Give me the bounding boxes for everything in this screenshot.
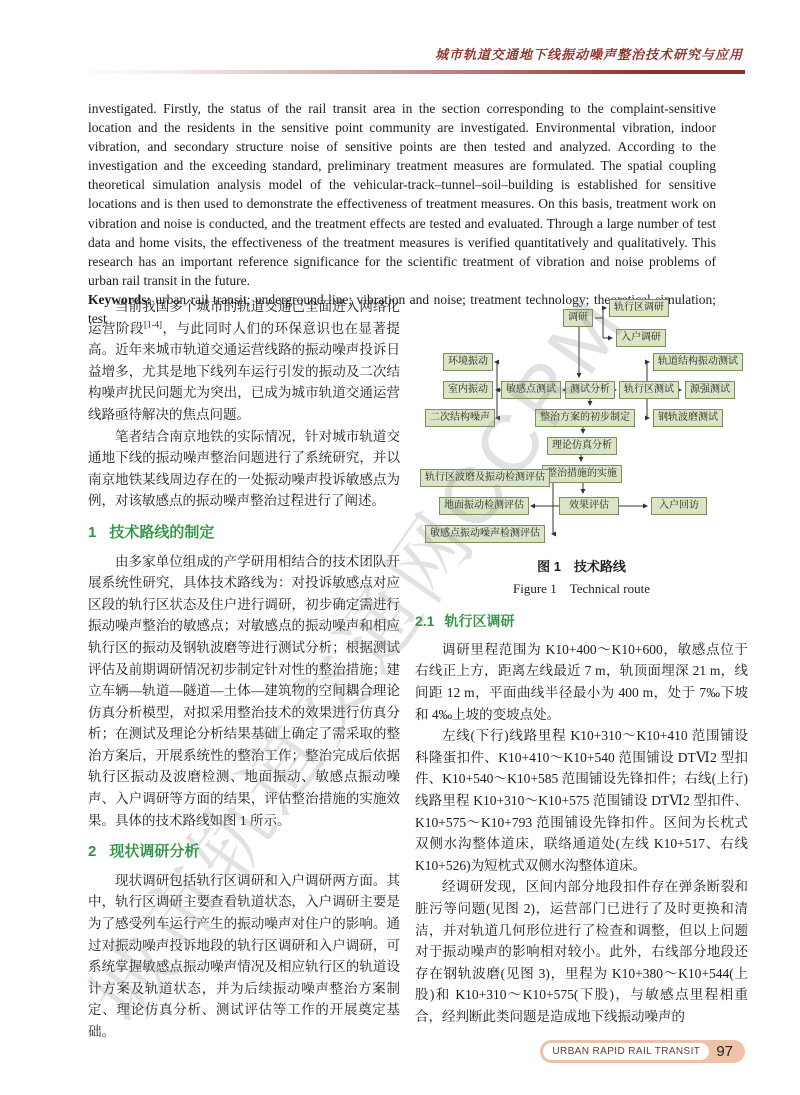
left-column: 当前我国多个城市的轨道交通已全面进入网络化运营阶段[1-4]，与此同时人们的环保… bbox=[88, 296, 400, 1043]
right-column: 调研 轨行区调研 入户调研 环境振动 轨道结构振动测试 室内振动 敏感点测试 测… bbox=[415, 295, 748, 1027]
figure-1-caption-zh: 图 1 技术路线 bbox=[415, 556, 748, 578]
section-2-1-paragraph-3: 经调研发现，区间内部分地段扣件存在弹条断裂和脏污等问题(见图 2)，运营部门已进… bbox=[415, 876, 748, 1027]
flow-node-source-test: 源强测试 bbox=[685, 381, 735, 399]
figure-1-flowchart: 调研 轨行区调研 入户调研 环境振动 轨道结构振动测试 室内振动 敏感点测试 测… bbox=[415, 295, 748, 547]
flow-node-effect-eval: 效果评估 bbox=[559, 497, 619, 515]
flow-node-survey: 调研 bbox=[563, 309, 593, 327]
section-2-1-heading: 2.1轨行区调研 bbox=[415, 611, 748, 633]
flow-node-eval-corrugation: 轨行区波磨及振动检测评估 bbox=[420, 469, 550, 487]
journal-page: 城市轨道交通地下线振动噪声整治技术研究与应用 investigated. Fir… bbox=[0, 0, 800, 1095]
section-2-1-paragraph-1: 调研里程范围为 K10+400～K10+600，敏感点位于右线正上方，距离左线最… bbox=[415, 639, 748, 725]
section-2-1-title: 轨行区调研 bbox=[444, 613, 514, 629]
intro-paragraph-1: 当前我国多个城市的轨道交通已全面进入网络化运营阶段[1-4]，与此同时人们的环保… bbox=[88, 296, 400, 426]
figure-1-caption-en: Figure 1 Technical route bbox=[415, 578, 748, 600]
journal-name: URBAN RAPID RAIL TRANSIT bbox=[543, 1043, 709, 1060]
running-head-title: 城市轨道交通地下线振动噪声整治技术研究与应用 bbox=[435, 44, 743, 63]
flow-node-corrugation-test: 钢轨波磨测试 bbox=[653, 409, 723, 427]
abstract-block: investigated. Firstly, the status of the… bbox=[88, 99, 716, 328]
header-rule bbox=[75, 70, 745, 74]
flow-node-home-revisit: 入户回访 bbox=[651, 497, 707, 515]
section-2-1-number: 2.1 bbox=[415, 613, 434, 629]
section-2-number: 2 bbox=[88, 843, 96, 860]
flow-node-secondary-noise: 二次结构噪声 bbox=[425, 409, 495, 427]
section-1-number: 1 bbox=[88, 524, 96, 541]
flow-node-sensitive-test: 敏感点测试 bbox=[501, 381, 561, 399]
flow-node-eval-sensitive: 敏感点振动噪声检测评估 bbox=[425, 525, 545, 543]
citation-ref: [1-4] bbox=[144, 319, 162, 329]
section-2-title: 现状调研分析 bbox=[109, 843, 199, 860]
flow-node-track-structure-test: 轨道结构振动测试 bbox=[653, 353, 743, 371]
flow-node-preliminary-plan: 整治方案的初步制定 bbox=[535, 409, 635, 427]
section-1-paragraph: 由多家单位组成的产学研用相结合的技术团队开展系统性研究，具体技术路线为：对投诉敏… bbox=[88, 551, 400, 832]
section-2-heading: 2现状调研分析 bbox=[88, 841, 400, 863]
page-number: 97 bbox=[709, 1043, 742, 1060]
section-1-title: 技术路线的制定 bbox=[109, 524, 214, 541]
section-2-paragraph: 现状调研包括轨行区调研和入户调研两方面。其中，轨行区调研主要查看轨道状态，入户调… bbox=[88, 870, 400, 1043]
flow-node-eval-ground: 地面振动检测评估 bbox=[439, 497, 529, 515]
section-2-1-paragraph-2: 左线(下行)线路里程 K10+310～K10+410 范围铺设科隆蛋扣件、K10… bbox=[415, 725, 748, 876]
section-1-heading: 1技术路线的制定 bbox=[88, 522, 400, 544]
abstract-text: investigated. Firstly, the status of the… bbox=[88, 99, 716, 290]
flow-node-test-analysis: 测试分析 bbox=[565, 381, 615, 399]
flow-node-simulation: 理论仿真分析 bbox=[547, 437, 617, 455]
intro-paragraph-2: 笔者结合南京地铁的实际情况，针对城市轨道交通地下线的振动噪声整治问题进行了系统研… bbox=[88, 426, 400, 512]
flow-node-survey-home: 入户调研 bbox=[616, 329, 666, 347]
flow-node-env-vibration: 环境振动 bbox=[443, 353, 493, 371]
flow-node-implementation: 整治措施的实施 bbox=[542, 465, 622, 483]
flow-node-survey-track: 轨行区调研 bbox=[609, 299, 669, 317]
footer-badge: URBAN RAPID RAIL TRANSIT 97 bbox=[540, 1040, 745, 1063]
flow-node-indoor-vibration: 室内振动 bbox=[443, 381, 493, 399]
flow-node-track-test: 轨行区测试 bbox=[619, 381, 679, 399]
